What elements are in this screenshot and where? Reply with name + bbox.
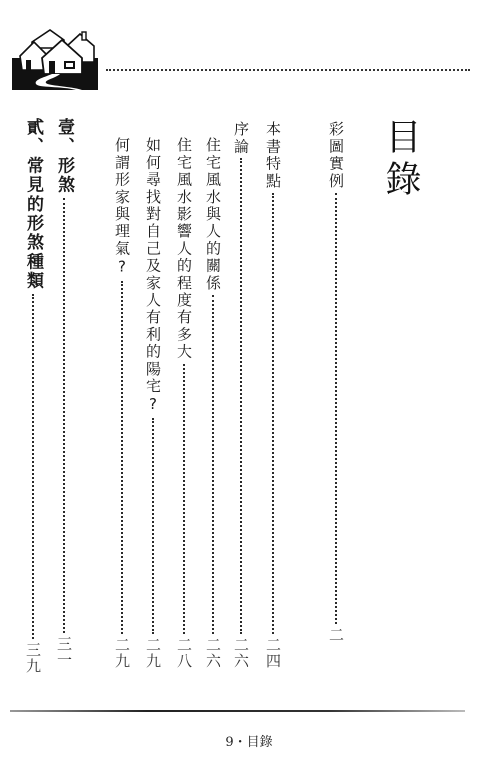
toc-entry-page: 二八 <box>176 637 191 669</box>
page-footer: 9・目錄 <box>0 731 498 750</box>
toc-entry-label: 貳、常見的形煞種類 <box>24 118 41 291</box>
toc-entry-page: 二九 <box>145 637 160 669</box>
toc-entry-page: 二六 <box>233 637 248 669</box>
toc-entry-label: 如何尋找對自己及家人有利的陽宅? <box>145 137 160 415</box>
dot-leader <box>240 158 242 634</box>
dot-leader <box>63 198 65 633</box>
toc-entry-label: 序論 <box>233 121 248 155</box>
toc-entry-page: 二四 <box>265 637 280 669</box>
toc-entry[interactable]: 如何尋找對自己及家人有利的陽宅? 二九 <box>145 137 160 669</box>
toc-entry-page: 三九 <box>25 642 40 674</box>
toc-entry-label: 本書特點 <box>265 121 280 190</box>
toc-entry-label: 住宅風水與人的關係 <box>205 137 220 292</box>
toc-entry-label: 住宅風水影響人的程度有多大 <box>176 137 191 361</box>
page-title: 目錄 <box>382 118 418 202</box>
toc-entry[interactable]: 住宅風水與人的關係 二六 <box>205 137 220 669</box>
footer-rule <box>10 710 465 712</box>
toc-entry[interactable]: 住宅風水影響人的程度有多大 二八 <box>176 137 191 669</box>
dot-leader <box>272 193 274 634</box>
houses-logo-icon <box>12 28 98 90</box>
toc-entry-page: 二九 <box>114 637 129 669</box>
dot-leader <box>121 281 123 634</box>
toc-entry[interactable]: 序論 二六 <box>233 121 248 669</box>
toc-entry-page: 二六 <box>205 637 220 669</box>
toc-entry-label: 壹、形煞 <box>55 118 72 195</box>
toc-entry[interactable]: 何謂形家與理氣? 二九 <box>114 137 129 669</box>
toc-entry-page: 三一 <box>56 636 71 668</box>
dot-leader <box>32 294 34 639</box>
toc-entry[interactable]: 彩圖實例 二 <box>328 121 343 643</box>
toc-entry[interactable]: 本書特點 二四 <box>265 121 280 669</box>
toc-entry-label: 何謂形家與理氣? <box>114 137 129 278</box>
dot-leader <box>212 295 214 634</box>
dot-leader <box>152 418 154 634</box>
toc-entry-label: 彩圖實例 <box>328 121 343 190</box>
dot-leader <box>183 364 185 634</box>
header-dotted-rule <box>106 69 470 71</box>
toc-entry-page: 二 <box>328 627 343 643</box>
dot-leader <box>335 193 337 624</box>
toc-entry[interactable]: 貳、常見的形煞種類 三九 <box>24 118 41 674</box>
toc-entry[interactable]: 壹、形煞 三一 <box>55 118 72 668</box>
